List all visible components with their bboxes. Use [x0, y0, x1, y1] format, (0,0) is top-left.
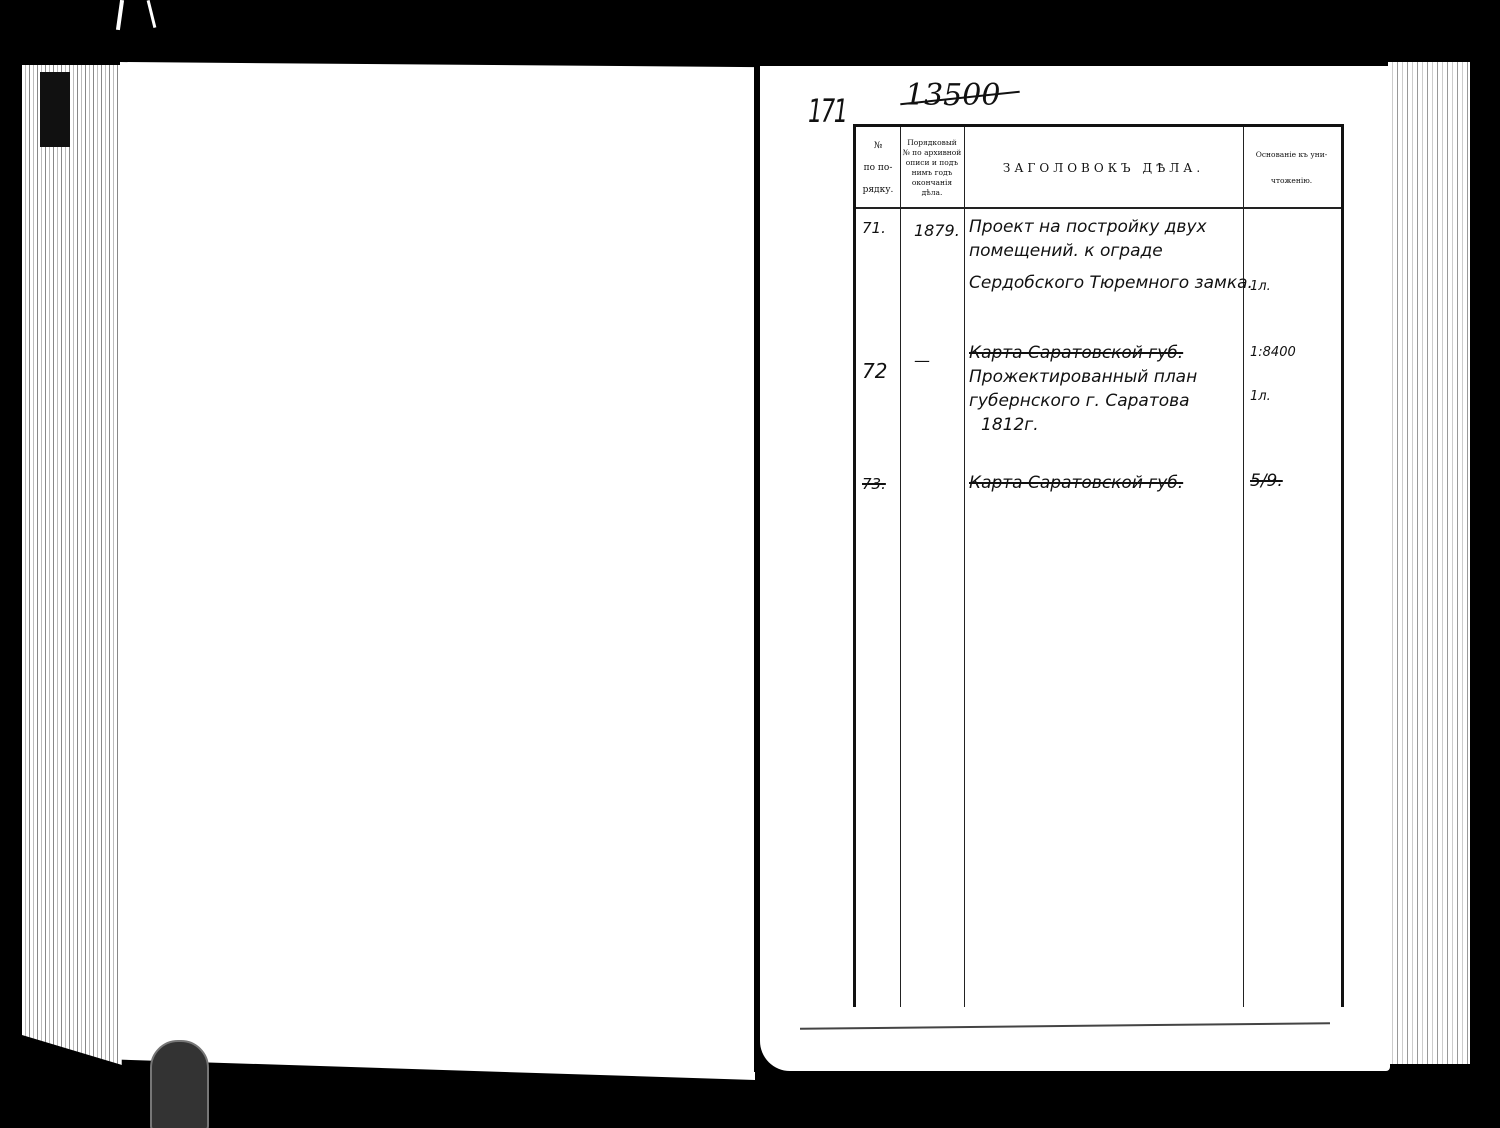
header-case-title: ЗАГОЛОВОКЪ ДѢЛА. [966, 131, 1241, 205]
left-page-edges [22, 65, 122, 1065]
bookmark-tab [40, 72, 70, 147]
row-basis: 1л. [1250, 389, 1271, 404]
row-number: 73. [862, 475, 886, 493]
struck-archive-number: 13500 [905, 78, 1000, 113]
pencil-mark [147, 0, 157, 28]
row-title: Карта Саратовской губ. [969, 471, 1183, 495]
header-divider [856, 207, 1341, 209]
row-number: 71. [862, 219, 886, 237]
row-number: 72 [862, 359, 887, 383]
left-page-blank [120, 62, 755, 1080]
row-year: — [914, 351, 930, 370]
row-basis: 1л. [1250, 279, 1271, 294]
row-basis-scale: 1:8400 [1250, 345, 1296, 360]
column-divider [964, 127, 965, 1007]
header-destruction-basis: Основаніе къ уни- чтоженію. [1244, 131, 1339, 205]
column-divider [900, 127, 901, 1007]
header-row-number: № по по- рядку. [858, 131, 898, 205]
inventory-table: № по по- рядку. Порядковый № по архивной… [853, 124, 1344, 1007]
folio-number: 171 [808, 92, 847, 130]
row-title: Проект на постройку двух помещений. к ог… [969, 215, 1253, 295]
row-title: Карта Саратовской губ. Прожектированный … [969, 341, 1197, 437]
header-archive-number: Порядковый № по архивной описи и подъ ни… [901, 131, 963, 205]
row-year: 1879. [914, 221, 960, 240]
pencil-mark [116, 0, 124, 30]
right-page-edges [1388, 62, 1470, 1064]
thumb-holding-page [150, 1040, 209, 1128]
row-basis: 5/9. [1250, 471, 1283, 491]
